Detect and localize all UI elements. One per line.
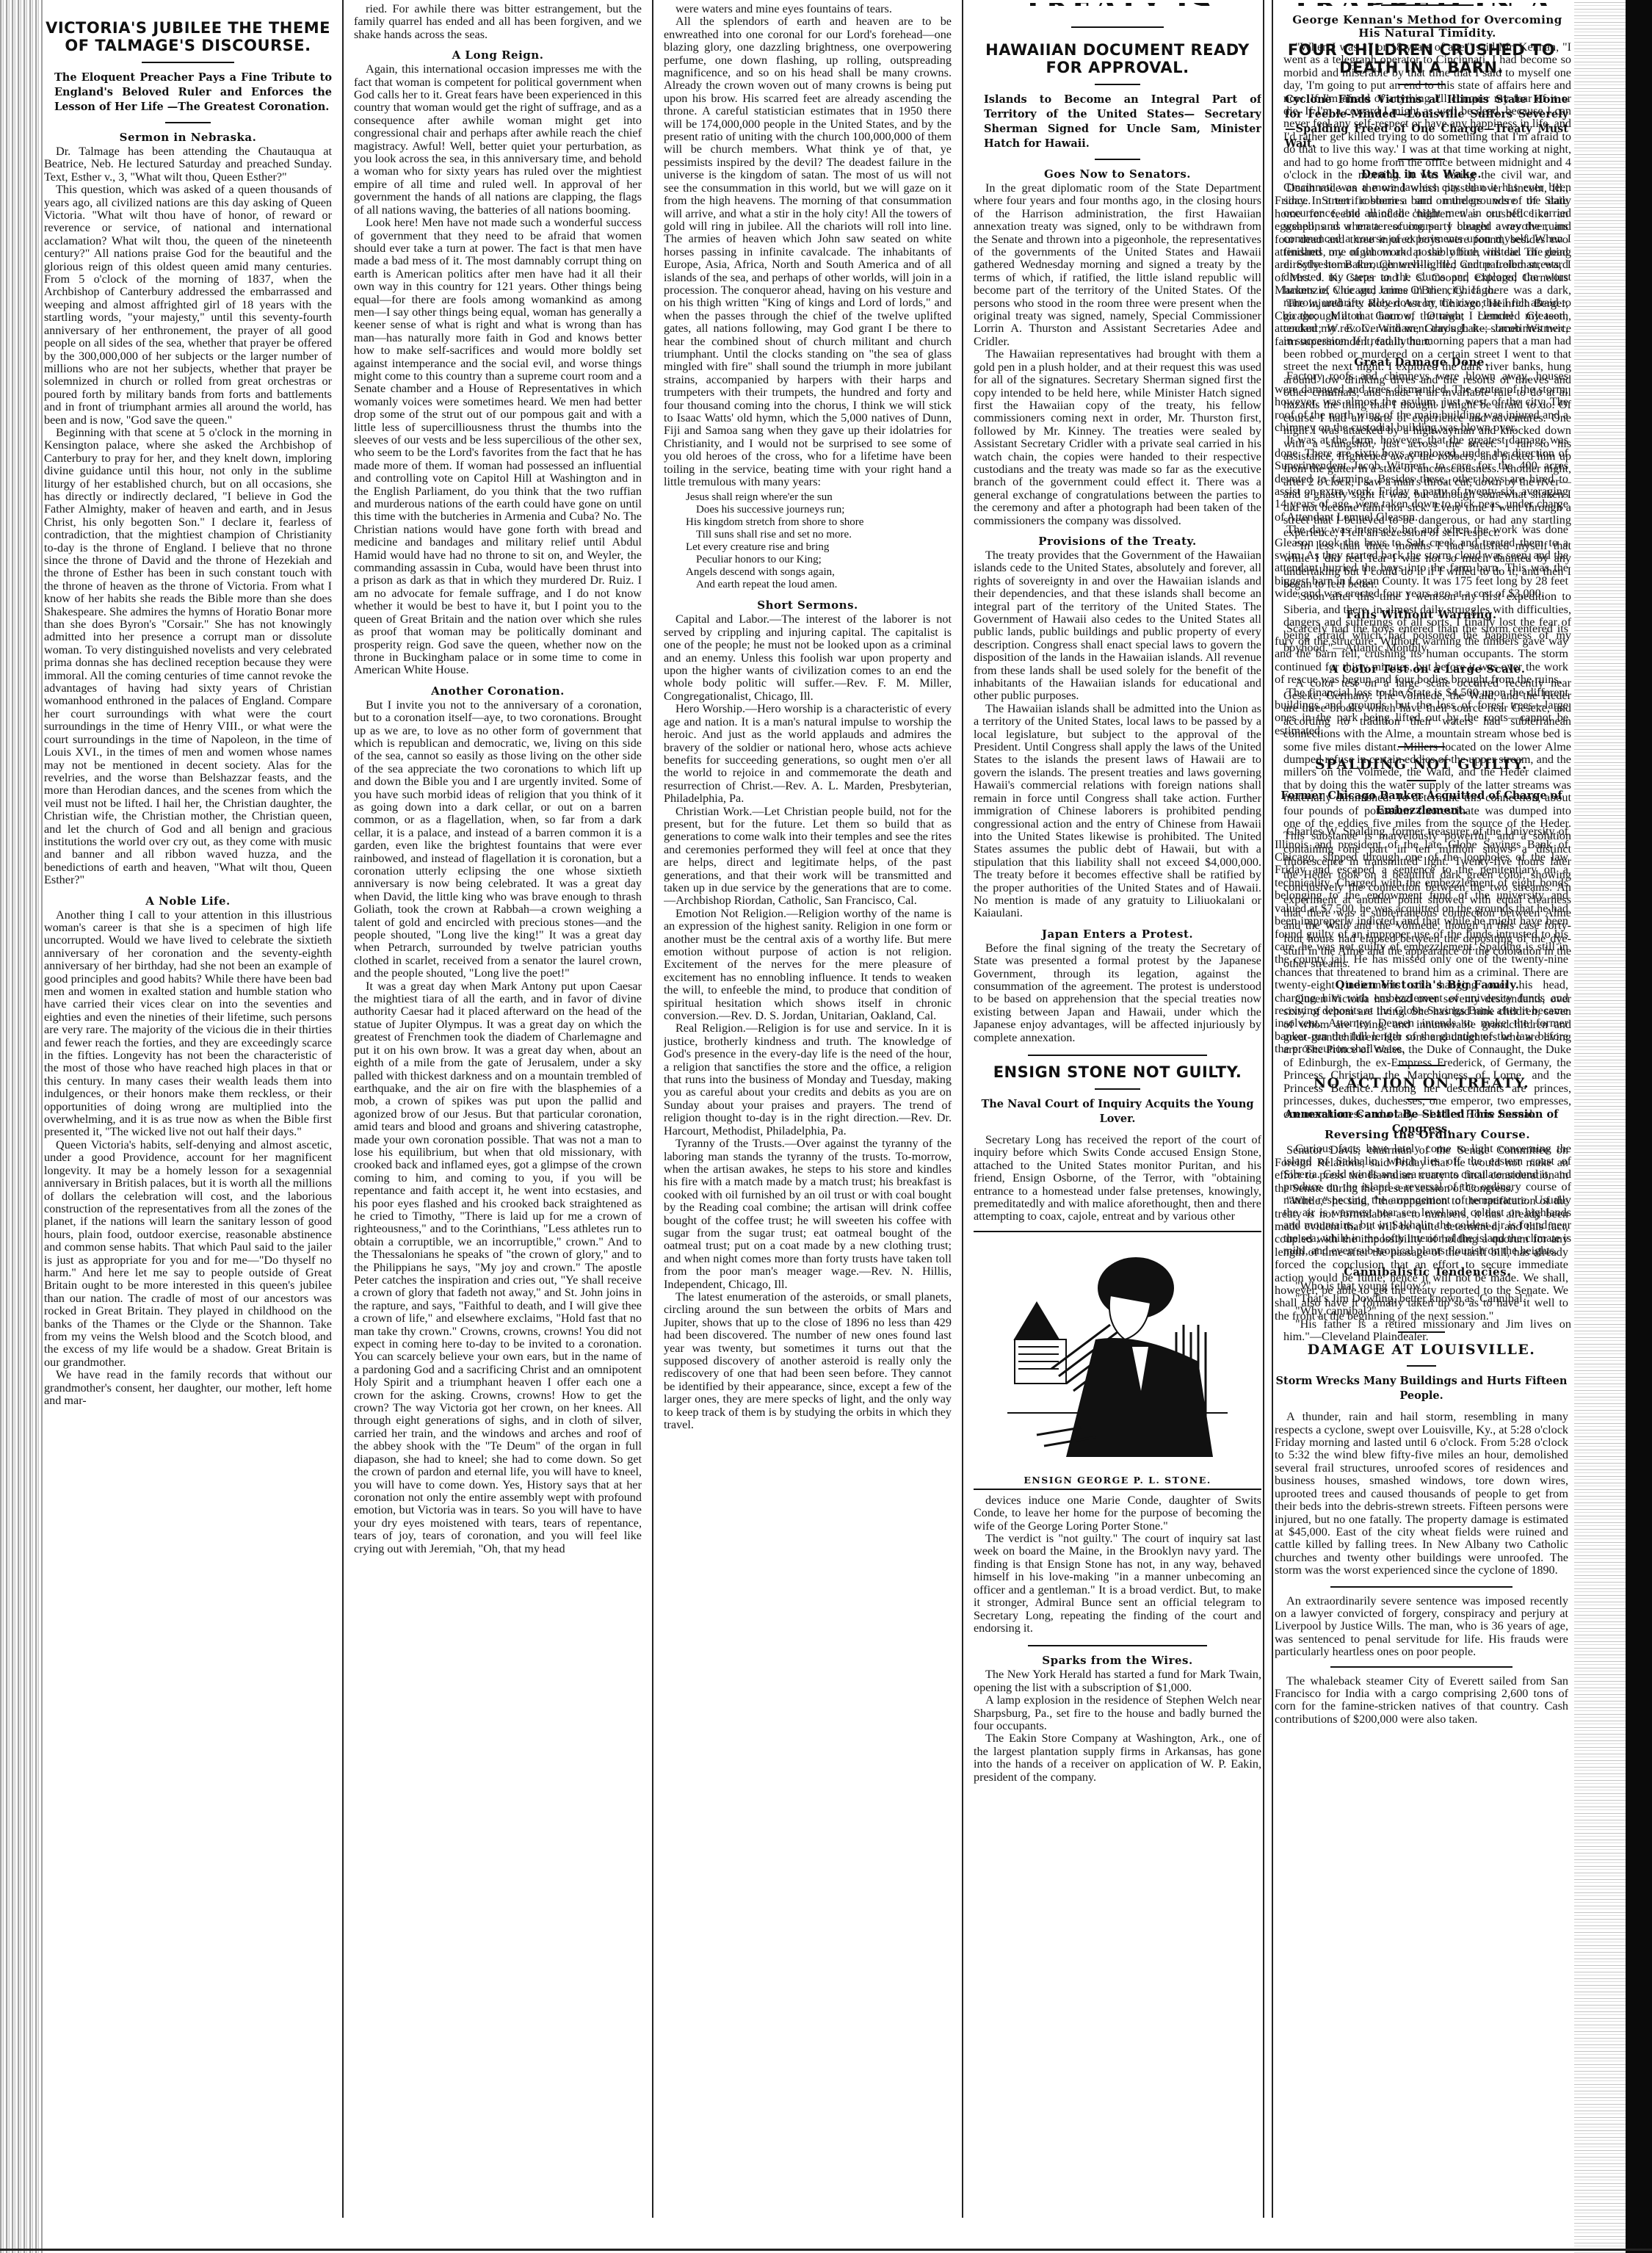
brief-sentence: An extraordinarily severe sentence was i…: [1275, 1595, 1568, 1659]
subhead-sparks: Sparks from the Wires.: [974, 1654, 1261, 1667]
ensign-stone-portrait-illustration: [1007, 1237, 1228, 1472]
deck-ensign-stone: The Naval Court of Inquiry Acquits the Y…: [974, 1097, 1261, 1126]
divider: [1071, 26, 1163, 28]
paragraph: Senator Davis, chairman of the Senate Co…: [1275, 1144, 1568, 1196]
paragraph: The treaty provides that the Government …: [974, 549, 1261, 703]
paragraph: Look here! Men have not made such a wond…: [354, 217, 642, 677]
paragraph: Again, this international occasion impre…: [354, 63, 642, 217]
paragraph: But I invite you not to the anniversary …: [354, 699, 642, 980]
paragraph: Hero Worship.—Hero worship is a characte…: [664, 703, 952, 805]
divider: [1028, 1645, 1206, 1646]
article-treaty-body: Senator Davis, chairman of the Senate Co…: [1275, 1144, 1568, 1323]
deck-spalding: Former Chicago Banker Acquitted of Charg…: [1275, 789, 1568, 818]
column-3: were waters and mine eyes fountains of t…: [664, 0, 952, 2247]
section-subhead: Falls Without Warning.: [1275, 608, 1568, 621]
page-edge-right-grain: [1574, 0, 1626, 2253]
short-sermons: Short Sermons.Capital and Labor.—The int…: [664, 598, 952, 1431]
paragraph: The Hawaiian islands shall be admitted i…: [974, 703, 1261, 920]
paragraph: The day was intensely hot and when the w…: [1275, 524, 1568, 600]
divider: [1398, 84, 1445, 85]
section-subhead: A Long Reign.: [354, 48, 642, 62]
divider: [165, 122, 211, 123]
headline-hawaiian: Hawaiian Document Ready for Approval.: [974, 41, 1261, 76]
paragraph: Queen Victoria's habits, self-denying an…: [44, 1139, 332, 1369]
divider: [1407, 780, 1436, 781]
hymn-line: Jesus shall reign where'er the sun: [686, 491, 952, 504]
hymn-line: And earth repeat the loud amen.: [686, 579, 952, 591]
divider: [1330, 1666, 1512, 1668]
divider: [1330, 1586, 1512, 1588]
section-subhead: Death in Its Wake.: [1275, 167, 1568, 181]
hymn-line: Peculiar honors to our King;: [686, 554, 952, 566]
banner-trapped-storm: Trapped in a Storm.: [1275, 3, 1568, 6]
hymn-line: Let every creature rise and bring: [686, 541, 952, 554]
paragraph: "While," he said, "the opposition to the…: [1275, 1195, 1568, 1323]
article-talmage-continued-2: were waters and mine eyes fountains of t…: [664, 3, 952, 488]
paragraph: Charles W. Spalding, former treasurer of…: [1275, 825, 1568, 1055]
article-storm-body: Death in Its Wake.Death rode on the wind…: [1275, 167, 1568, 737]
section-subhead: Goes Now to Senators.: [974, 167, 1261, 181]
paragraph: Factory roofs and chimneys were blown aw…: [1275, 370, 1568, 434]
page-edge-left: [0, 0, 43, 2253]
divider: [1398, 1065, 1445, 1066]
divider: [1095, 84, 1141, 85]
paragraph: We have read in the family records that …: [44, 1369, 332, 1407]
hymn-line: Angels descend with songs again,: [686, 566, 952, 579]
hymn-line: Till suns shall rise and set no more.: [686, 529, 952, 541]
paragraph: The Hawaiian representatives had brought…: [974, 348, 1261, 527]
section-subhead: Sermon in Nebraska.: [44, 131, 332, 144]
hymn: Jesus shall reign where'er the sunDoes h…: [664, 491, 952, 591]
deck-talmage: The Eloquent Preacher Pays a Fine Tribut…: [44, 70, 332, 115]
paragraph: This question, which was asked of a quee…: [44, 184, 332, 427]
article-spalding-body: Charles W. Spalding, former treasurer of…: [1275, 825, 1568, 1055]
headline-no-action-treaty: No Action on Treaty.: [1275, 1075, 1568, 1091]
paragraph: The injured are: Robert Ascott, Chicago;…: [1275, 297, 1568, 349]
paragraph: Beginning with that scene at 5 o'clock i…: [44, 427, 332, 887]
column-rule: [1263, 0, 1264, 2218]
section-subhead: A Noble Life.: [44, 894, 332, 908]
paragraph: A lamp explosion in the residence of Ste…: [974, 1694, 1261, 1732]
divider: [1398, 159, 1445, 160]
paragraph: The financial loss to the State is $4,50…: [1275, 687, 1568, 738]
deck-cyclone: Cyclone Finds Victims at Illinois State …: [1275, 93, 1568, 151]
page-bottom-rule: [0, 2249, 1652, 2251]
paragraph: Dr. Talmage has been attending the Chaut…: [44, 145, 332, 184]
hymn-line: His kingdom stretch from shore to shore: [686, 516, 952, 529]
deck-louisville: Storm Wrecks Many Buildings and Hurts Fi…: [1275, 1374, 1568, 1403]
column-1: Victoria's Jubilee the Theme of Talmage'…: [44, 0, 332, 2247]
paragraph: ried. For awhile there was bitter estran…: [354, 3, 642, 41]
paragraph: Emotion Not Religion.—Religion worthy of…: [664, 908, 952, 1023]
section-subhead: Great Damage Done.: [1275, 355, 1568, 369]
paragraph: were waters and mine eyes fountains of t…: [664, 3, 952, 15]
headline-spalding: Spalding Not Guilty.: [1275, 756, 1568, 773]
article-louisville-body: A thunder, rain and hail storm, resembli…: [1275, 1411, 1568, 1577]
article-talmage-continued: A Long Reign.Again, this international o…: [354, 48, 642, 1555]
deck-hawaiian: Islands to Become an Integral Part of Te…: [974, 93, 1261, 151]
hymn-line: Does his successive journeys run;: [686, 504, 952, 516]
divider: [1398, 746, 1445, 748]
headline-louisville: Damage at Louisville.: [1275, 1342, 1568, 1358]
article-talmage-body: Sermon in Nebraska.Dr. Talmage has been …: [44, 131, 332, 1407]
deck-annexation: Annexation Cannot Be Settled This Sessio…: [1275, 1107, 1568, 1137]
paragraph: Death rode on the wind which passed over…: [1275, 182, 1568, 297]
article-stone-before: Secretary Long has received the report o…: [974, 1134, 1261, 1223]
divider: [1374, 26, 1468, 28]
paragraph: Real Religion.—Religion is for use and s…: [664, 1022, 952, 1138]
paragraph: Scarcely had the boys entered than the s…: [1275, 623, 1568, 687]
paragraph: Christian Work.—Let Christian people bui…: [664, 806, 952, 908]
section-subhead: Another Coronation.: [354, 684, 642, 698]
paragraph: The New York Herald has started a fund f…: [974, 1668, 1261, 1694]
sparks-body: The New York Herald has started a fund f…: [974, 1668, 1261, 1784]
article-talmage-continued-top: ried. For awhile there was bitter estran…: [354, 3, 642, 41]
paragraph: Before the final signing of the treaty t…: [974, 942, 1261, 1044]
divider: [1407, 1365, 1436, 1367]
paragraph: It was at the farm, however, that the gr…: [1275, 434, 1568, 524]
divider: [142, 62, 233, 63]
paragraph: Capital and Labor.—The interest of the l…: [664, 613, 952, 703]
page-edge-right: [1626, 0, 1652, 2253]
portrait-caption: Ensign George P. L. Stone.: [974, 1475, 1261, 1486]
paragraph: Another thing I call to your attention i…: [44, 909, 332, 1139]
paragraph: devices induce one Marie Conde, daughter…: [974, 1494, 1261, 1533]
column-2: ried. For awhile there was bitter estran…: [354, 0, 642, 2247]
headline-four-children: Four Children Crushed to Death in a Barn…: [1275, 41, 1568, 76]
divider: [1407, 1099, 1436, 1100]
divider: [1095, 1088, 1141, 1090]
article-hawaiian-body: Goes Now to Senators.In the great diplom…: [974, 167, 1261, 1044]
column-4: Treaty Is Signed. Hawaiian Document Read…: [974, 0, 1261, 2247]
divider: [1095, 159, 1141, 160]
brief-whaleback: The whaleback steamer City of Everett sa…: [1275, 1675, 1568, 1726]
paragraph: In the great diplomatic room of the Stat…: [974, 182, 1261, 348]
paragraph: Tyranny of the Trusts.—Over against the …: [664, 1138, 952, 1291]
paragraph: All the splendors of earth and heaven ar…: [664, 15, 952, 488]
paragraph: The latest enumeration of the asteroids,…: [664, 1291, 952, 1431]
paragraph: The verdict is "not guilty." The court o…: [974, 1533, 1261, 1635]
section-subhead: Japan Enters a Protest.: [974, 927, 1261, 941]
section-subhead: Provisions of the Treaty.: [974, 535, 1261, 548]
paragraph: A thunder, rain and hail storm, resembli…: [1275, 1411, 1568, 1577]
headline-ensign-stone: Ensign Stone Not Guilty.: [974, 1063, 1261, 1081]
headline-talmage: Victoria's Jubilee the Theme of Talmage'…: [44, 19, 332, 54]
paragraph: It was a great day when Mark Antony put …: [354, 980, 642, 1555]
column-6: Trapped in a Storm. Four Children Crushe…: [1275, 0, 1568, 2247]
divider: [1028, 1055, 1206, 1056]
divider: [1398, 1331, 1445, 1333]
paragraph: Secretary Long has received the report o…: [974, 1134, 1261, 1223]
article-stone-after: devices induce one Marie Conde, daughter…: [974, 1494, 1261, 1635]
portrait-figure: Ensign George P. L. Stone.: [974, 1231, 1261, 1490]
section-subhead: Short Sermons.: [664, 598, 952, 612]
paragraph: The Eakin Store Company at Washington, A…: [974, 1732, 1261, 1784]
banner-treaty-signed: Treaty Is Signed.: [974, 3, 1261, 6]
